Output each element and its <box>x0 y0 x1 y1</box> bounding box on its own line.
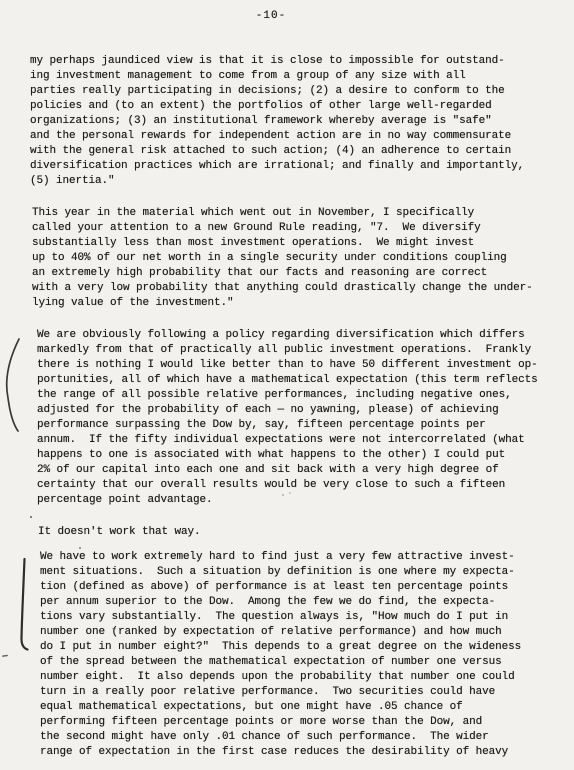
text-line: per annum superior to the Dow. Among the… <box>40 595 564 610</box>
page-number: -10- <box>256 10 286 22</box>
text-line: diversification practices which are irra… <box>30 159 564 174</box>
text-line: adjusted for the probability of each — n… <box>37 403 564 418</box>
document-page: -10- my perhaps jaundiced view is that i… <box>0 0 574 770</box>
text-line: performance surpassing the Dow by, say, … <box>37 418 564 433</box>
text-line: an extremely high probability that our f… <box>32 266 564 281</box>
text-body: my perhaps jaundiced view is that it is … <box>30 54 564 760</box>
text-line: and the personal rewards for independent… <box>30 129 564 144</box>
paragraph: my perhaps jaundiced view is that it is … <box>30 54 564 189</box>
text-line: lying value of the investment." <box>32 296 564 311</box>
text-line: We are obviously following a policy rega… <box>37 328 564 343</box>
text-line: the second might have only .01 chance of… <box>40 730 564 745</box>
text-line: certainty that our overall results would… <box>37 478 564 493</box>
text-line: 2% of our capital into each one and sit … <box>37 463 564 478</box>
pen-stroke-icon <box>21 559 27 650</box>
paragraph: This year in the material which went out… <box>30 206 564 311</box>
text-line: substantially less than most investment … <box>32 236 564 251</box>
text-line: tions vary substantially. The question a… <box>40 610 564 625</box>
text-line: of the spread between the mathematical e… <box>40 655 564 670</box>
text-line: there is nothing I would like better tha… <box>37 358 564 373</box>
text-line: portunities, all of which have a mathema… <box>37 373 564 388</box>
text-line: (5) inertia." <box>30 174 564 189</box>
text-line: ment situations. Such a situation by def… <box>40 565 564 580</box>
text-line: number one (ranked by expectation of rel… <box>40 625 564 640</box>
text-line: happens to one is associated with what h… <box>37 448 564 463</box>
text-line: do I put in number eight?" This depends … <box>40 640 564 655</box>
text-line: range of expectation in the first case r… <box>40 745 564 760</box>
paragraph: We are obviously following a policy rega… <box>30 328 564 508</box>
text-line: organizations; (3) an institutional fram… <box>30 114 564 129</box>
paragraph: It doesn't work that way. <box>30 525 564 540</box>
text-line: markedly from that of practically all pu… <box>37 343 564 358</box>
text-line: the range of all possible relative perfo… <box>37 388 564 403</box>
text-line: tion (defined as above) of performance i… <box>40 580 564 595</box>
text-line: turn in a really poor relative performan… <box>40 685 564 700</box>
text-line: policies and (to an extent) the portfoli… <box>30 99 564 114</box>
text-line: number eight. It also depends upon the p… <box>40 670 564 685</box>
text-line: It doesn't work that way. <box>38 525 564 540</box>
text-line: called your attention to a new Ground Ru… <box>32 221 564 236</box>
text-line: parties really participating in decision… <box>30 84 564 99</box>
scan-speck <box>2 655 8 657</box>
text-line: percentage point advantage. <box>37 493 564 508</box>
text-line: This year in the material which went out… <box>32 206 564 221</box>
text-line: annum. If the fifty individual expectati… <box>37 433 564 448</box>
text-line: with a very low probability that anythin… <box>32 281 564 296</box>
pen-stroke-icon <box>7 339 19 431</box>
text-line: with the general risk attached to such a… <box>30 144 564 159</box>
text-line: my perhaps jaundiced view is that it is … <box>30 54 564 69</box>
paragraph: We have to work extremely hard to find j… <box>30 550 564 760</box>
text-line: We have to work extremely hard to find j… <box>40 550 564 565</box>
text-line: performing fifteen percentage points or … <box>40 715 564 730</box>
text-line: equal mathematical expectations, but one… <box>40 700 564 715</box>
text-line: ing investment management to come from a… <box>30 69 564 84</box>
text-line: up to 40% of our net worth in a single s… <box>32 251 564 266</box>
